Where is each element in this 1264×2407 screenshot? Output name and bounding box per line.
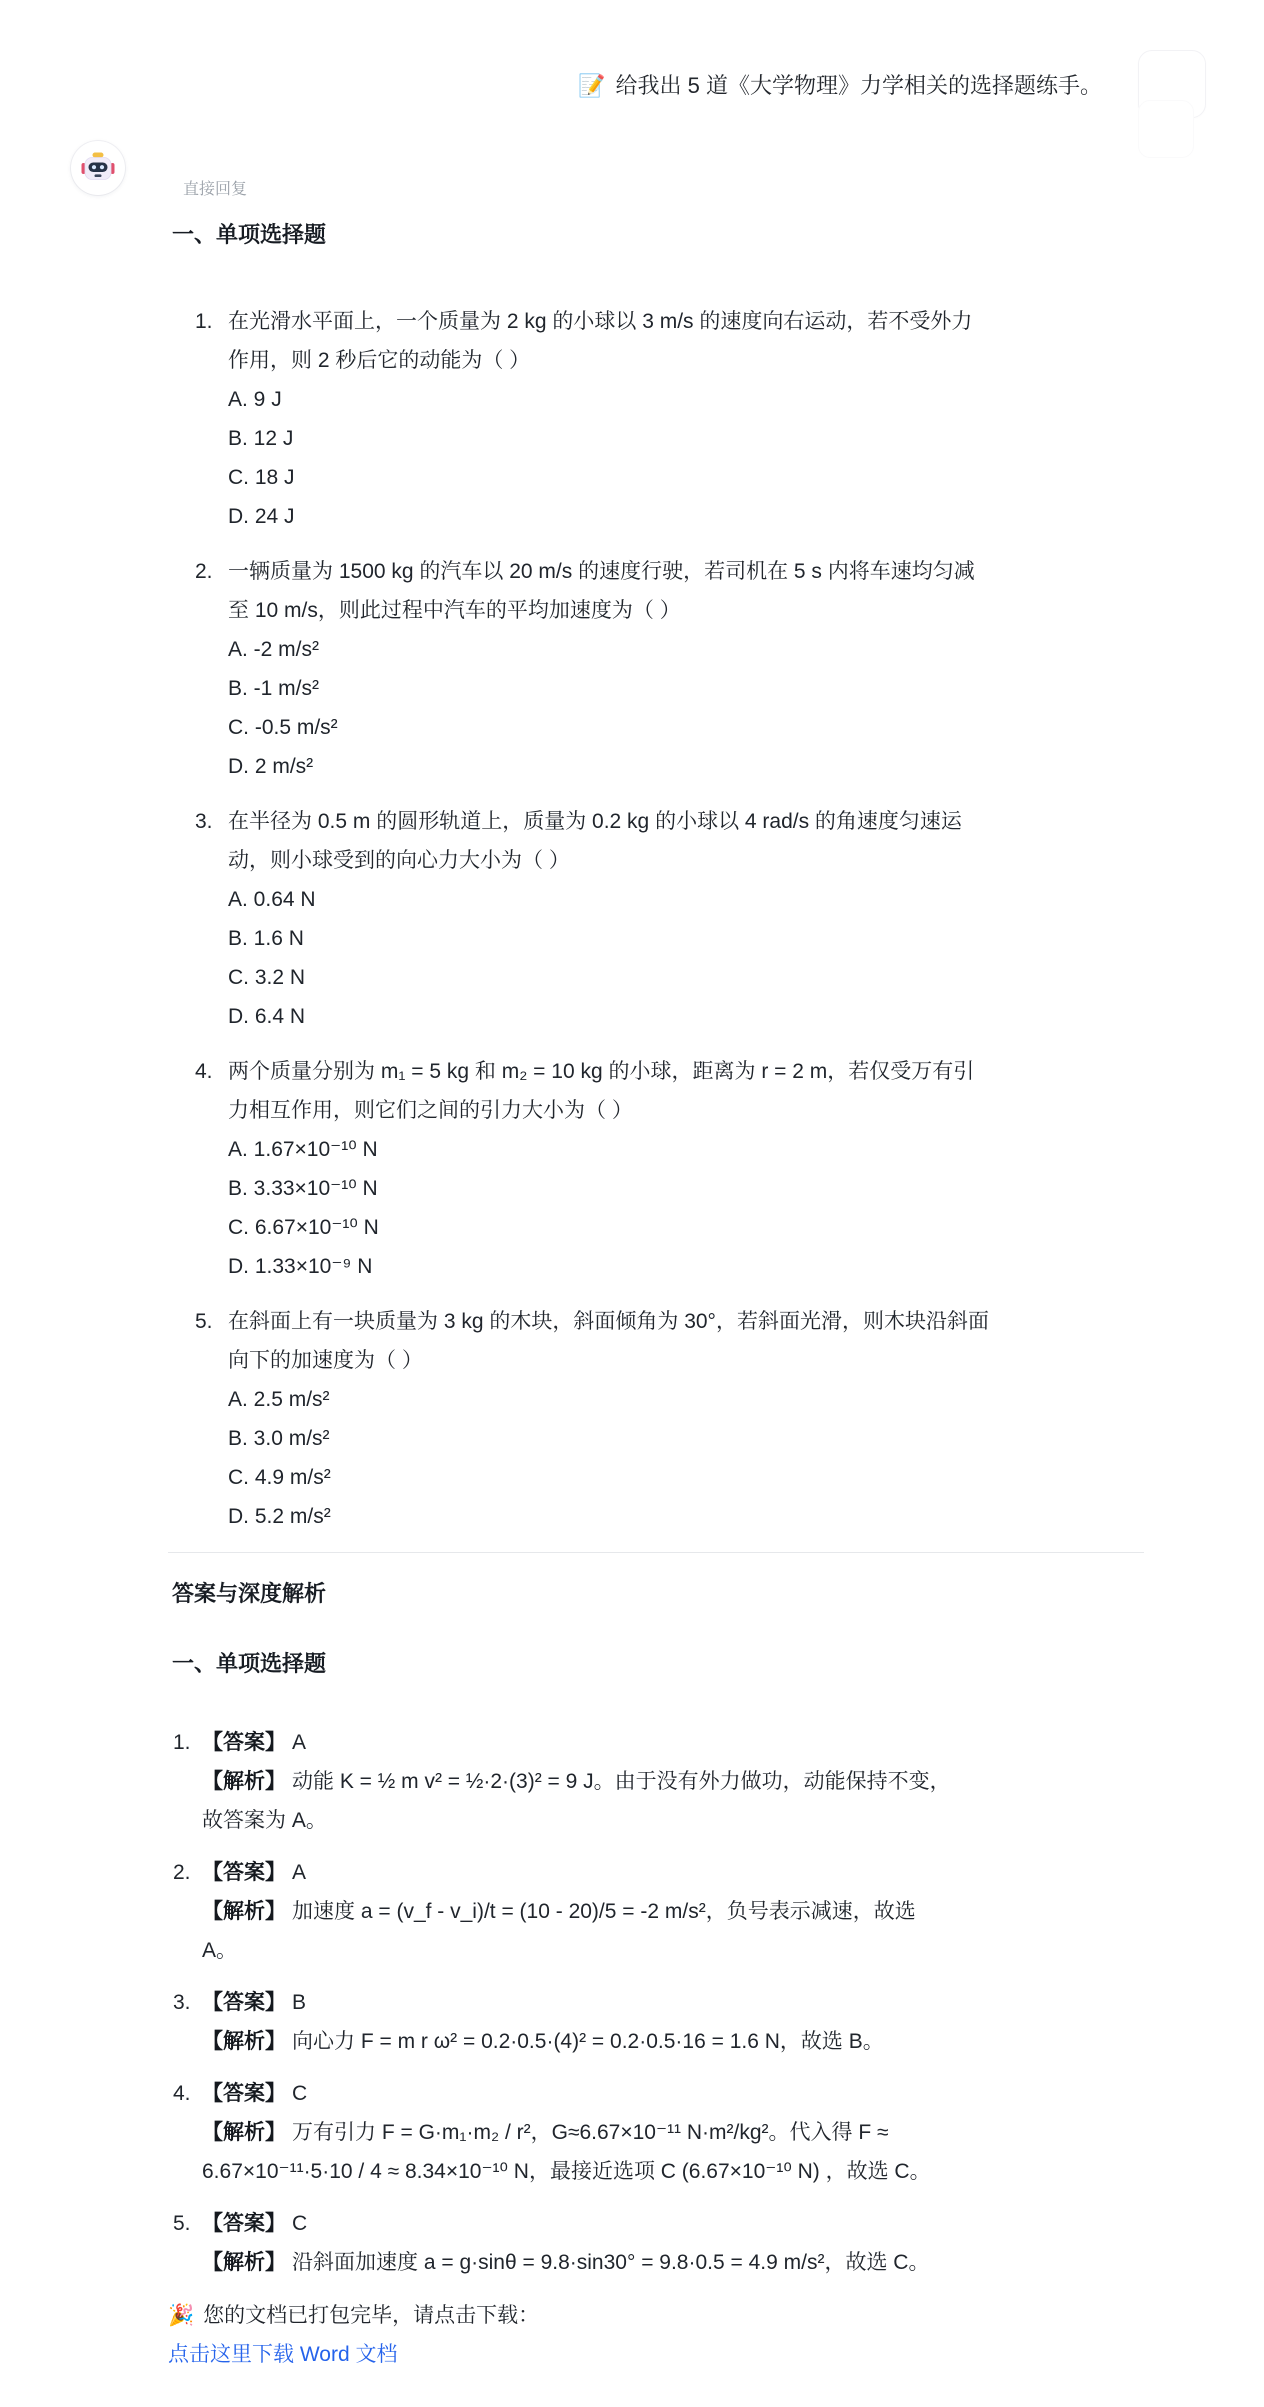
analysis-text: 万有引力 F = G·m₁·m₂ / r²，G≈6.67×10⁻¹¹ N·m²/… [202,2121,931,2183]
question-option: D. 6.4 N [228,997,1144,1036]
answer-value: A [292,1861,306,1884]
answer-item: 5. 【答案】C 【解析】沿斜面加速度 a = g·sinθ = 9.8·sin… [168,2204,1144,2282]
question-options: A. 0.64 NB. 1.6 NC. 3.2 ND. 6.4 N [228,880,1144,1036]
answer-value: C [292,2212,307,2235]
answer-item: 2. 【答案】A 【解析】加速度 a = (v_f - v_i)/t = (10… [168,1853,1144,1970]
question-options: A. 1.67×10⁻¹⁰ NB. 3.33×10⁻¹⁰ NC. 6.67×10… [228,1130,1144,1286]
answer-number: 3. [173,1983,202,2061]
question-number: 1. [195,302,228,536]
hover-action-button-secondary[interactable] [1138,100,1194,158]
analysis-label: 【解析】 [202,2121,286,2144]
question-option: D. 5.2 m/s² [228,1497,1144,1536]
answer-label: 【答案】 [202,2082,286,2105]
question-option: B. 3.33×10⁻¹⁰ N [228,1169,1144,1208]
question-option: D. 24 J [228,497,1144,536]
analysis-line: 【解析】加速度 a = (v_f - v_i)/t = (10 - 20)/5 … [202,1892,1144,1970]
analysis-line: 【解析】沿斜面加速度 a = g·sinθ = 9.8·sin30° = 9.8… [202,2243,1144,2282]
answers-heading: 答案与深度解析 [172,1579,1144,1609]
user-message: 📝 给我出 5 道《大学物理》力学相关的选择题练手。 [0,0,1264,102]
question-option: C. 18 J [228,458,1144,497]
answer-line: 【答案】A [202,1853,1144,1892]
question-option: A. -2 m/s² [228,630,1144,669]
question-item: 3. 在半径为 0.5 m 的圆形轨道上，质量为 0.2 kg 的小球以 4 r… [168,802,1144,1036]
questions-list: 1. 在光滑水平面上，一个质量为 2 kg 的小球以 3 m/s 的速度向右运动… [168,302,1144,1536]
question-number: 2. [195,552,228,786]
questions-section-title: 一、单项选择题 [172,220,1144,250]
robot-avatar-icon [80,150,116,186]
answer-value: A [292,1731,306,1754]
answer-label: 【答案】 [202,1991,286,2014]
question-number: 5. [195,1302,228,1536]
section-divider [168,1552,1144,1553]
answer-value: C [292,2082,307,2105]
question-options: A. 2.5 m/s²B. 3.0 m/s²C. 4.9 m/s²D. 5.2 … [228,1380,1144,1536]
question-option: A. 0.64 N [228,880,1144,919]
question-option: A. 9 J [228,380,1144,419]
question-option: B. 12 J [228,419,1144,458]
question-option: A. 2.5 m/s² [228,1380,1144,1419]
question-option: C. 6.67×10⁻¹⁰ N [228,1208,1144,1247]
question-stem: 一辆质量为 1500 kg 的汽车以 20 m/s 的速度行驶，若司机在 5 s… [228,552,1144,630]
analysis-text: 加速度 a = (v_f - v_i)/t = (10 - 20)/5 = -2… [202,1900,916,1962]
question-option: B. 3.0 m/s² [228,1419,1144,1458]
question-number: 4. [195,1052,228,1286]
question-stem: 在半径为 0.5 m 的圆形轨道上，质量为 0.2 kg 的小球以 4 rad/… [228,802,1144,880]
analysis-text: 向心力 F = m r ω² = 0.2·0.5·(4)² = 0.2·0.5·… [292,2030,884,2053]
answer-number: 1. [173,1723,202,1840]
question-item: 5. 在斜面上有一块质量为 3 kg 的木块，斜面倾角为 30°，若斜面光滑，则… [168,1302,1144,1536]
question-option: C. 4.9 m/s² [228,1458,1144,1497]
analysis-label: 【解析】 [202,1900,286,1923]
question-option: A. 1.67×10⁻¹⁰ N [228,1130,1144,1169]
question-stem: 在斜面上有一块质量为 3 kg 的木块，斜面倾角为 30°，若斜面光滑，则木块沿… [228,1302,1144,1380]
question-item: 2. 一辆质量为 1500 kg 的汽车以 20 m/s 的速度行驶，若司机在 … [168,552,1144,786]
question-option: C. 3.2 N [228,958,1144,997]
memo-emoji: 📝 [578,70,605,102]
question-number: 3. [195,802,228,1036]
analysis-line: 【解析】万有引力 F = G·m₁·m₂ / r²，G≈6.67×10⁻¹¹ N… [202,2113,1144,2191]
answers-section-title: 一、单项选择题 [172,1649,1144,1679]
analysis-label: 【解析】 [202,1770,286,1793]
answer-item: 4. 【答案】C 【解析】万有引力 F = G·m₁·m₂ / r²，G≈6.6… [168,2074,1144,2191]
answer-number: 2. [173,1853,202,1970]
question-item: 1. 在光滑水平面上，一个质量为 2 kg 的小球以 3 m/s 的速度向右运动… [168,302,1144,536]
answer-label: 【答案】 [202,1731,286,1754]
question-option: B. 1.6 N [228,919,1144,958]
answer-line: 【答案】A [202,1723,1144,1762]
analysis-text: 动能 K = ½ m v² = ½·2·(3)² = 9 J。由于没有外力做功，… [202,1770,951,1832]
question-option: C. -0.5 m/s² [228,708,1144,747]
answer-number: 4. [173,2074,202,2191]
answer-number: 5. [173,2204,202,2282]
answer-line: 【答案】C [202,2074,1144,2113]
answer-line: 【答案】B [202,1983,1144,2022]
answer-label: 【答案】 [202,2212,286,2235]
answer-item: 1. 【答案】A 【解析】动能 K = ½ m v² = ½·2·(3)² = … [168,1723,1144,1840]
question-options: A. 9 JB. 12 JC. 18 JD. 24 J [228,380,1144,536]
user-message-text: 给我出 5 道《大学物理》力学相关的选择题练手。 [616,70,1102,102]
analysis-text: 沿斜面加速度 a = g·sinθ = 9.8·sin30° = 9.8·0.5… [292,2251,929,2274]
question-option: B. -1 m/s² [228,669,1144,708]
answers-list: 1. 【答案】A 【解析】动能 K = ½ m v² = ½·2·(3)² = … [168,1723,1144,2282]
analysis-label: 【解析】 [202,2251,286,2274]
question-option: D. 2 m/s² [228,747,1144,786]
question-stem: 在光滑水平面上，一个质量为 2 kg 的小球以 3 m/s 的速度向右运动，若不… [228,302,1144,380]
answer-line: 【答案】C [202,2204,1144,2243]
answer-label: 【答案】 [202,1861,286,1884]
assistant-message: 直接回复 一、单项选择题 1. 在光滑水平面上，一个质量为 2 kg 的小球以 … [168,180,1144,2374]
analysis-label: 【解析】 [202,2030,286,2053]
reply-mode-label: 直接回复 [183,180,1144,200]
download-ready-line: 🎉您的文档已打包完毕，请点击下载： [168,2296,1144,2335]
analysis-line: 【解析】动能 K = ½ m v² = ½·2·(3)² = 9 J。由于没有外… [202,1762,1144,1840]
answer-value: B [292,1991,306,2014]
analysis-line: 【解析】向心力 F = m r ω² = 0.2·0.5·(4)² = 0.2·… [202,2022,1144,2061]
question-option: D. 1.33×10⁻⁹ N [228,1247,1144,1286]
download-word-link[interactable]: 点击这里下载 Word 文档 [168,2343,397,2366]
question-item: 4. 两个质量分别为 m₁ = 5 kg 和 m₂ = 10 kg 的小球，距离… [168,1052,1144,1286]
party-popper-emoji: 🎉 [168,2304,194,2327]
download-ready-text: 您的文档已打包完毕，请点击下载： [203,2304,539,2327]
answer-item: 3. 【答案】B 【解析】向心力 F = m r ω² = 0.2·0.5·(4… [168,1983,1144,2061]
question-stem: 两个质量分别为 m₁ = 5 kg 和 m₂ = 10 kg 的小球，距离为 r… [228,1052,1144,1130]
footer: 🎉您的文档已打包完毕，请点击下载： 点击这里下载 Word 文档 [168,2296,1144,2374]
avatar [71,141,125,195]
question-options: A. -2 m/s²B. -1 m/s²C. -0.5 m/s²D. 2 m/s… [228,630,1144,786]
